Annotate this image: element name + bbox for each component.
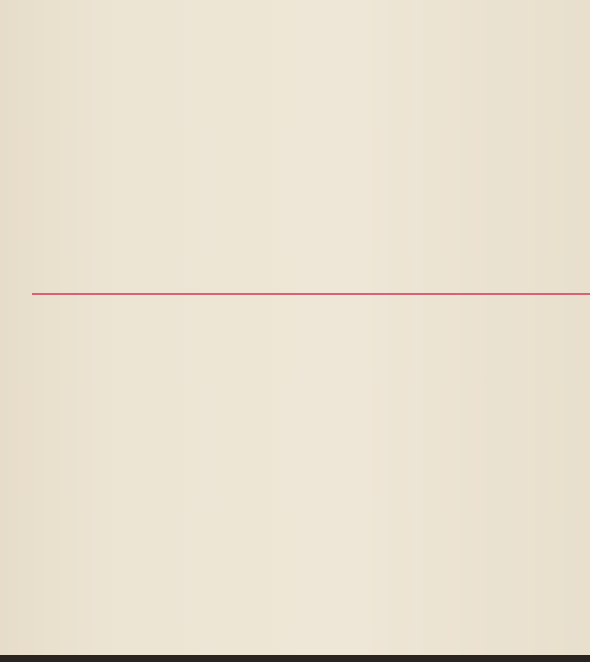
header-multi-engine: [205, 21, 462, 34]
header-passenger: [465, 30, 503, 54]
header-se-day: [32, 35, 118, 46]
header-me-day: [205, 35, 333, 46]
header-me-night: [333, 35, 462, 46]
header-se-night: [118, 35, 205, 46]
header-single-engine: [32, 21, 205, 34]
red-total-line: [32, 293, 590, 295]
header-instr-cloud: [507, 21, 589, 46]
page-edge-shadow: [0, 655, 590, 662]
logbook-page: [0, 0, 590, 655]
